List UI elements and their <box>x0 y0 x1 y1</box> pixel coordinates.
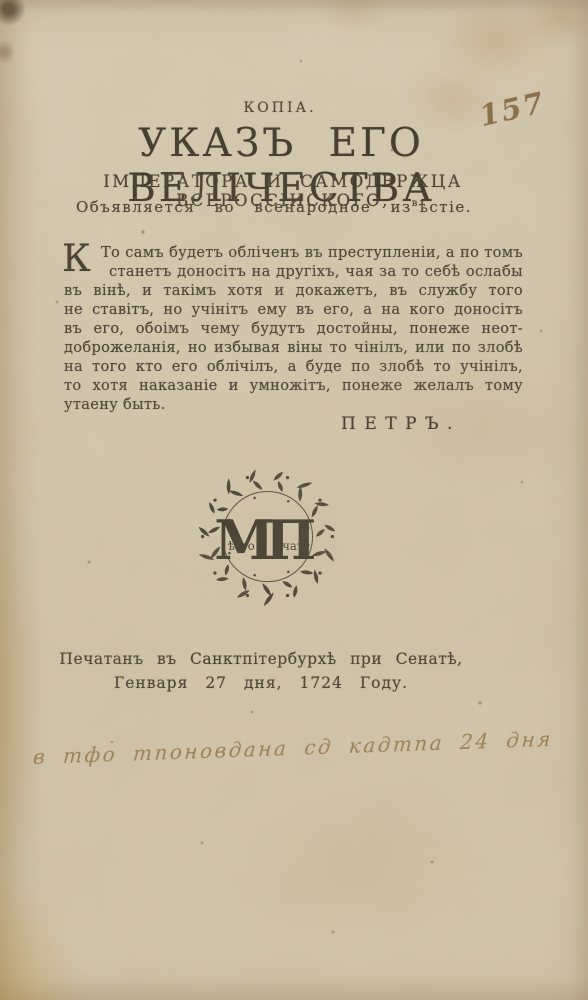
proclamation-superscript: в <box>412 198 419 209</box>
seal-small-text-right: чаті <box>282 539 307 553</box>
body-line: то хотя наказаніе и умножітъ, понеже жел… <box>64 376 523 395</box>
decree-page: КОПІА. 157 УКАЗЪ ЕГО ВЕЛІЧЕСТВА ІМПЕРАТО… <box>0 0 588 1000</box>
proclamation-text-before: Объявляется во всенародное из <box>76 198 412 216</box>
paper-specks <box>0 0 2 2</box>
body-line: въ его, обоімъ чему будутъ достойны, пон… <box>64 319 523 338</box>
proclamation-text-after: ѣстіе. <box>419 198 472 216</box>
imprint-line-1: Печатанъ въ Санктпітербурхѣ при Сенатѣ, <box>0 650 522 668</box>
handwritten-annotation: в тфо тпоновдана сд кадтпа 24 дня <box>32 727 553 769</box>
decree-body: То самъ будетъ обліченъ въ преступленіи,… <box>64 243 523 414</box>
body-line: станетъ доносітъ на другіхъ, чая за то с… <box>64 262 523 281</box>
seal-emblem: М П ѣсто чаті <box>190 461 345 616</box>
signature-petr: ПЕТРЪ. <box>341 414 461 434</box>
body-line: не ставітъ, но учінітъ ему въ его, а на … <box>64 300 523 319</box>
imprint-line-2: Генваря 27 дня, 1724 Году. <box>0 674 522 692</box>
body-line: на того кто его облічілъ, а буде по злоб… <box>64 357 523 376</box>
proclamation-line: Объявляется во всенародное извѣстіе. <box>0 198 548 216</box>
body-line: утаену быть. <box>64 395 523 414</box>
body-line: То самъ будетъ обліченъ въ преступленіи,… <box>64 243 523 262</box>
body-line: въ вінѣ, и такімъ хотя и докажетъ, въ сл… <box>64 281 523 300</box>
seal-small-text-left: ѣсто <box>228 539 255 553</box>
body-line: доброжеланія, но избывая віны то чінілъ,… <box>64 338 523 357</box>
